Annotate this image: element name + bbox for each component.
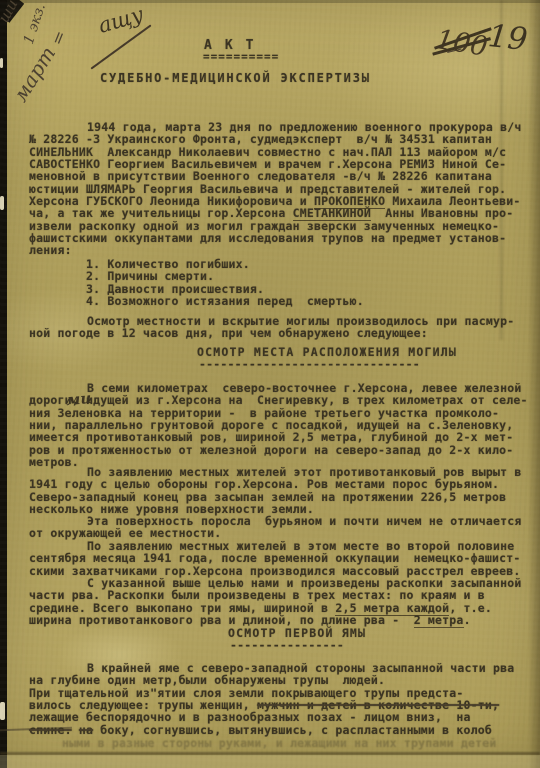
text-segment: [72, 723, 79, 737]
text-segment: .: [464, 613, 471, 627]
paragraph-witness-statement: По заявлению местных жителей в этом мест…: [29, 540, 521, 577]
scan-edge-top: [0, 0, 540, 3]
paragraph-ditch-history: По заявлению местных жителей этот против…: [29, 466, 522, 515]
text-segment: ления:: [29, 243, 72, 257]
paper-tear: [0, 702, 5, 720]
handwritten-month-note: март: [8, 42, 60, 106]
text-segment: 4. Возможного истязания перед смертью.: [86, 294, 364, 308]
handwritten-copies-note: 1 экз.: [21, 2, 49, 47]
handwritten-corner-scribble: ши: [0, 0, 21, 26]
scan-edge-right: [528, 0, 540, 768]
text-segment: ров и протяженностью от железной дороги …: [29, 443, 513, 457]
document-subtitle: СУДЕБНО-МЕДИЦИНСКОЙ ЭКСПЕРТИЗЫ: [100, 72, 371, 84]
paragraph-preamble: 1944 года, марта 23 дня по предложению в…: [29, 121, 522, 257]
paragraph-site-location: В семи километрах северо-восточнее г.Хер…: [29, 382, 528, 468]
faded-text-line: ными в разные стороны руками, и лежащими…: [62, 737, 497, 749]
scanned-document-page: ши 1 экз. = март ащу — 100 19 ми АКТ ===…: [0, 0, 540, 768]
paragraph-excavation: С указанной выше целью нами и произведен…: [29, 577, 522, 626]
text-segment: ной погоде в 12 часов дня, при чем обнар…: [29, 326, 428, 340]
title-underline: ==========: [203, 51, 279, 63]
text-line: ширина противотанкового рва и длиной, по…: [29, 614, 522, 626]
text-segment: спине.: [29, 723, 72, 737]
text-line: ления:: [29, 244, 522, 256]
paragraph-first-pit-findings: В крайней яме с северо-западной стороны …: [29, 662, 514, 736]
handwritten-new-page-number: 19: [486, 18, 529, 58]
text-segment: боку, согнувшись, вытянувшись, с расплас…: [93, 723, 492, 737]
text-segment: на: [79, 723, 93, 737]
scan-edge-left: [0, 0, 7, 768]
numbered-list-objectives: 1. Количество погибших.2. Причины смерти…: [86, 258, 364, 307]
paper-tear: [0, 196, 4, 210]
text-segment: фашистскими оккупантами для исследования…: [29, 231, 506, 245]
text-line: спине. на боку, согнувшись, вытянувшись,…: [29, 724, 514, 736]
section-heading-underline: ----------------: [230, 639, 344, 651]
text-segment: 2 метра: [414, 613, 464, 628]
handwritten-old-page-number-struck: 100: [434, 24, 490, 63]
handwritten-equals-mark: =: [47, 28, 71, 49]
section-heading-underline: -------------------------------: [199, 358, 420, 370]
paragraph-surface: Эта поверхность поросла бурьяном и почти…: [29, 515, 522, 540]
text-line: ров и протяженностью от железной дороги …: [29, 444, 528, 456]
paper-tear: [0, 58, 3, 68]
text-segment: ширина противотанкового рва и длиной, по…: [29, 613, 414, 627]
text-line: ной погоде в 12 часов дня, при чем обнар…: [29, 327, 514, 339]
text-line: от окружающей ее местности.: [29, 527, 522, 539]
text-line: 4. Возможного истязания перед смертью.: [86, 295, 364, 307]
text-line: фашистскими оккупантами для исследования…: [29, 232, 522, 244]
paper-below-fold: [0, 755, 540, 768]
paragraph-inspection-conditions: Осмотр местности и вскрытие могилы произ…: [29, 315, 514, 340]
